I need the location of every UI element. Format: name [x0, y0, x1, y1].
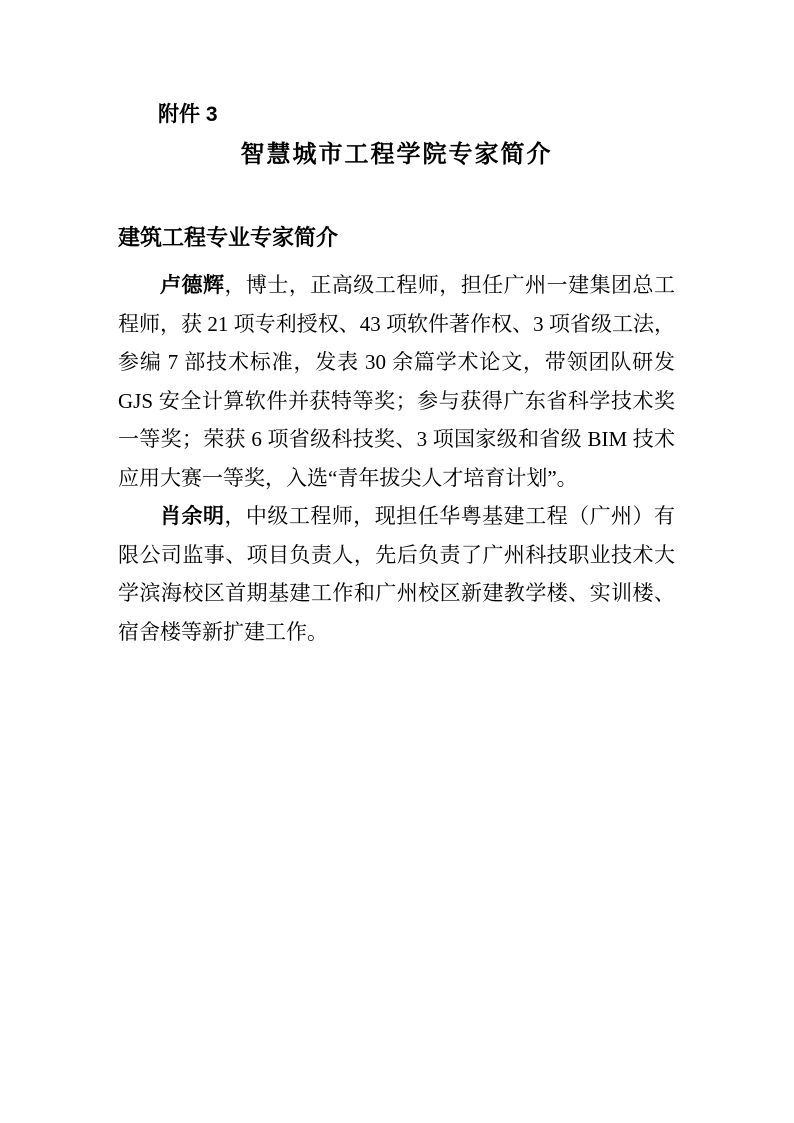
- attachment-label: 附件 3: [158, 100, 675, 130]
- section-heading: 建筑工程专业专家简介: [118, 222, 675, 254]
- paragraph-expert-2: 肖余明，中级工程师，现担任华粤基建工程（广州）有限公司监事、项目负责人，先后负责…: [118, 497, 675, 651]
- paragraph-expert-1: 卢德辉，博士，正高级工程师，担任广州一建集团总工程师，获 21 项专利授权、43…: [118, 266, 675, 497]
- document-page: 附件 3 智慧城市工程学院专家简介 建筑工程专业专家简介 卢德辉，博士，正高级工…: [0, 0, 794, 1123]
- document-title: 智慧城市工程学院专家简介: [118, 138, 675, 172]
- expert-name-1: 卢德辉: [160, 273, 224, 297]
- expert-name-2: 肖余明: [160, 504, 224, 528]
- expert-bio-1: ，博士，正高级工程师，担任广州一建集团总工程师，获 21 项专利授权、43 项软…: [118, 273, 675, 490]
